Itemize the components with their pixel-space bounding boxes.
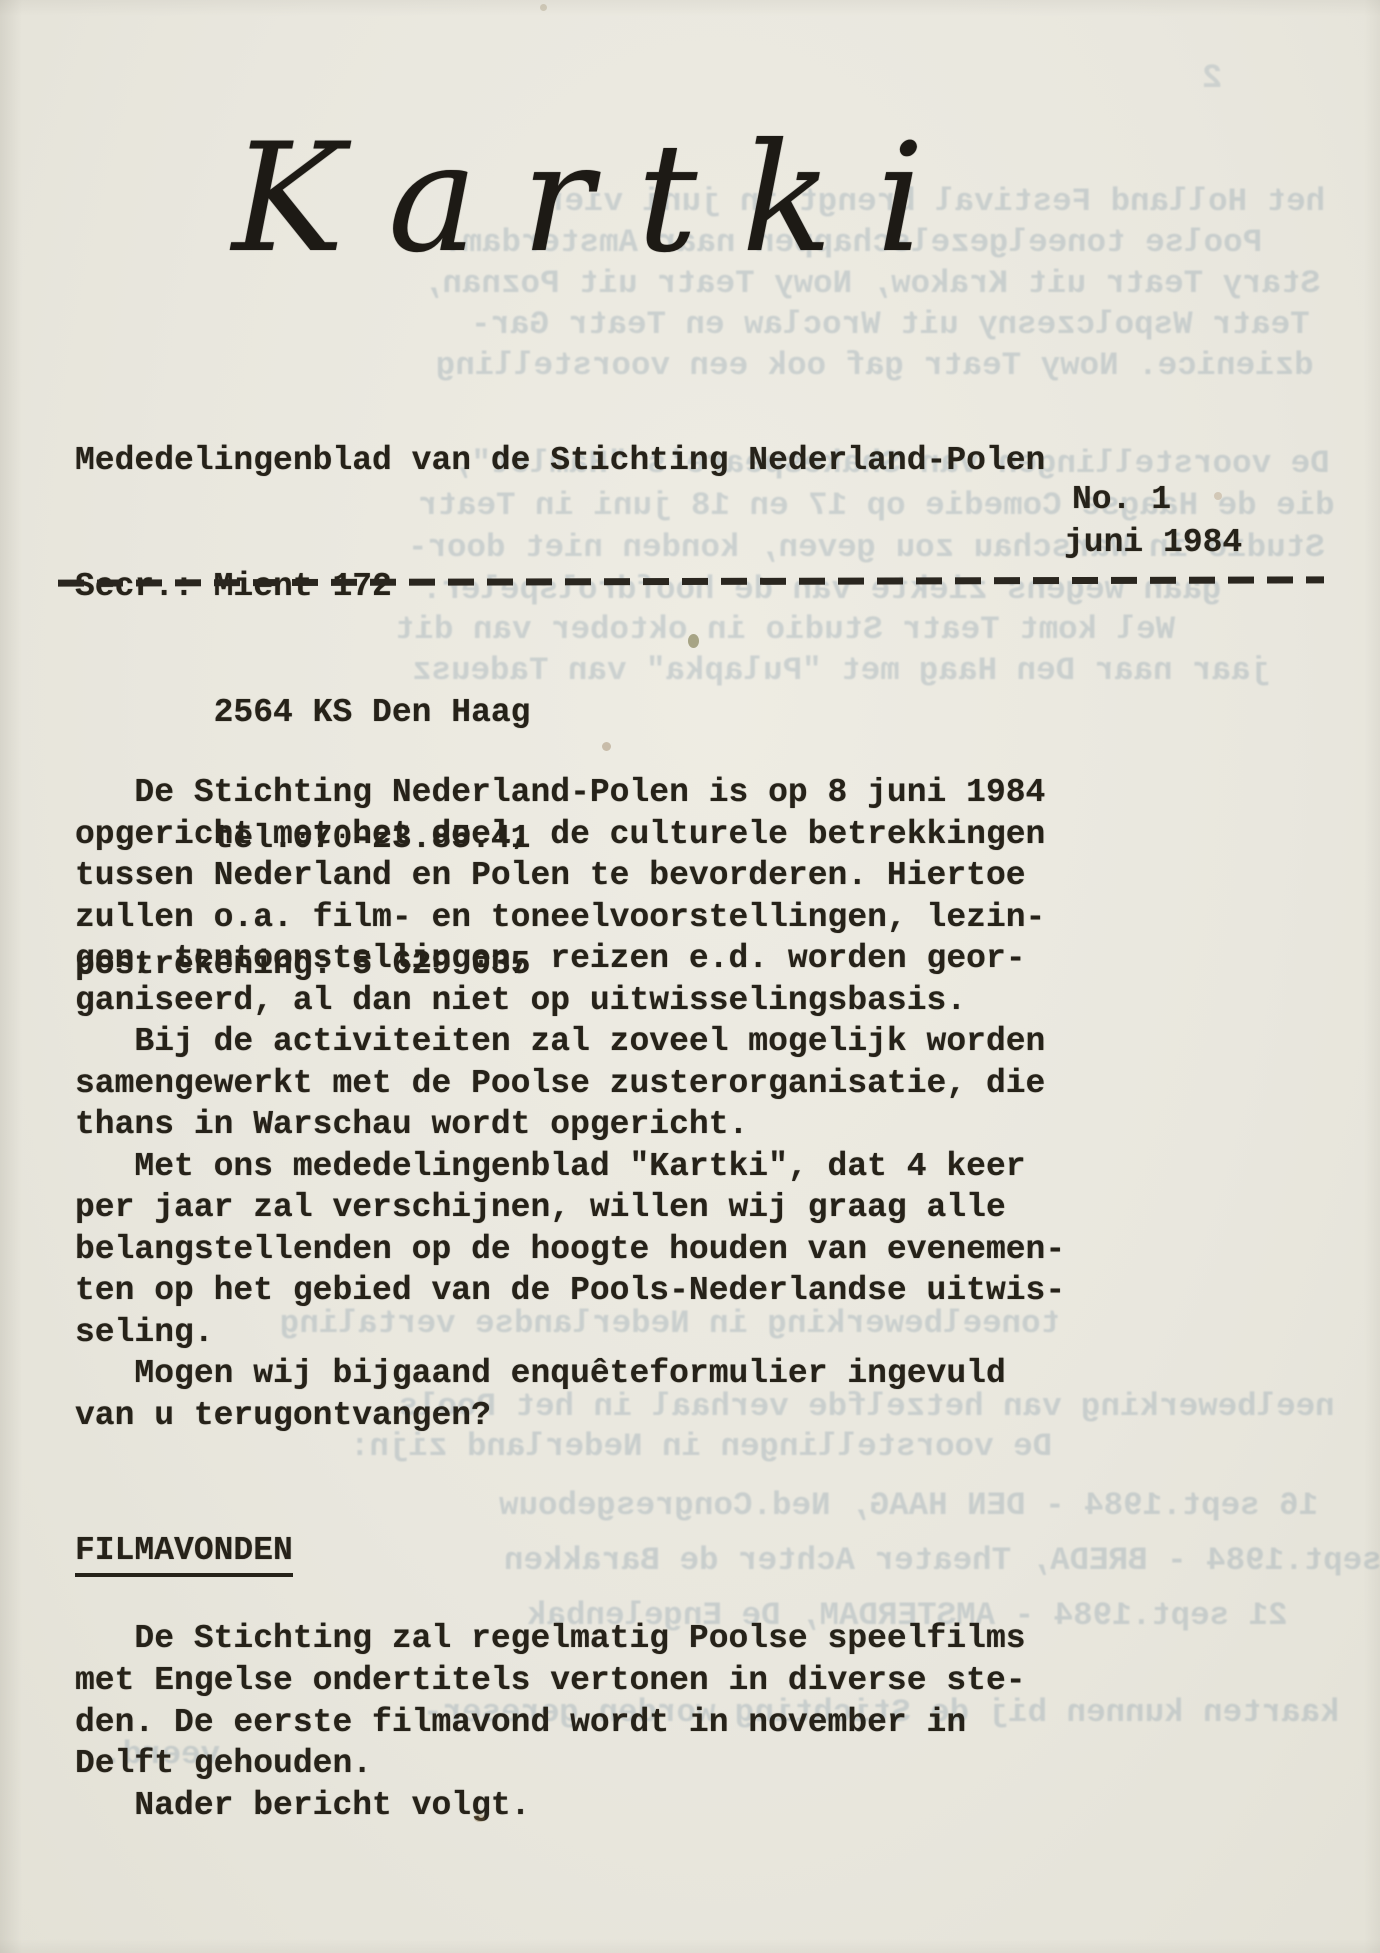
intro-paragraphs: De Stichting Nederland-Polen is op 8 jun… <box>75 772 1065 1436</box>
bleedthrough-page-number: 2 <box>1202 60 1222 98</box>
masthead-title: Kartki <box>232 112 968 286</box>
bleedthrough-line: 16 sept.1984 - DEN HAAG, Ned.Congresgebo… <box>499 1487 1318 1524</box>
paper-stain <box>602 742 611 751</box>
bleedthrough-line: Teatr Wspolczesny uit Wroclaw en Teatr G… <box>471 306 1310 343</box>
section-text-filmavonden: De Stichting zal regelmatig Poolse speel… <box>75 1618 1026 1827</box>
header-line-secretariat: Secr.: Mient 172 <box>75 566 1045 608</box>
issue-date: juni 1984 <box>1064 524 1242 561</box>
paper-stain <box>1214 492 1222 500</box>
header-line-subtitle: Mededelingenblad van de Stichting Nederl… <box>75 440 1045 482</box>
section-heading-filmavonden: FILMAVONDEN <box>75 1532 293 1577</box>
issue-number: No. 1 <box>1072 481 1171 518</box>
document-page: 2 het Holland Festival brengt in juni vi… <box>0 0 1380 1953</box>
paper-stain <box>474 1814 485 1822</box>
header-line-postcode: 2564 KS Den Haag <box>75 692 1045 734</box>
paper-stain <box>688 634 699 648</box>
paper-stain <box>540 4 547 11</box>
bleedthrough-line: 22 sept.1984 - BREDA, Theater Achter de … <box>504 1542 1380 1579</box>
